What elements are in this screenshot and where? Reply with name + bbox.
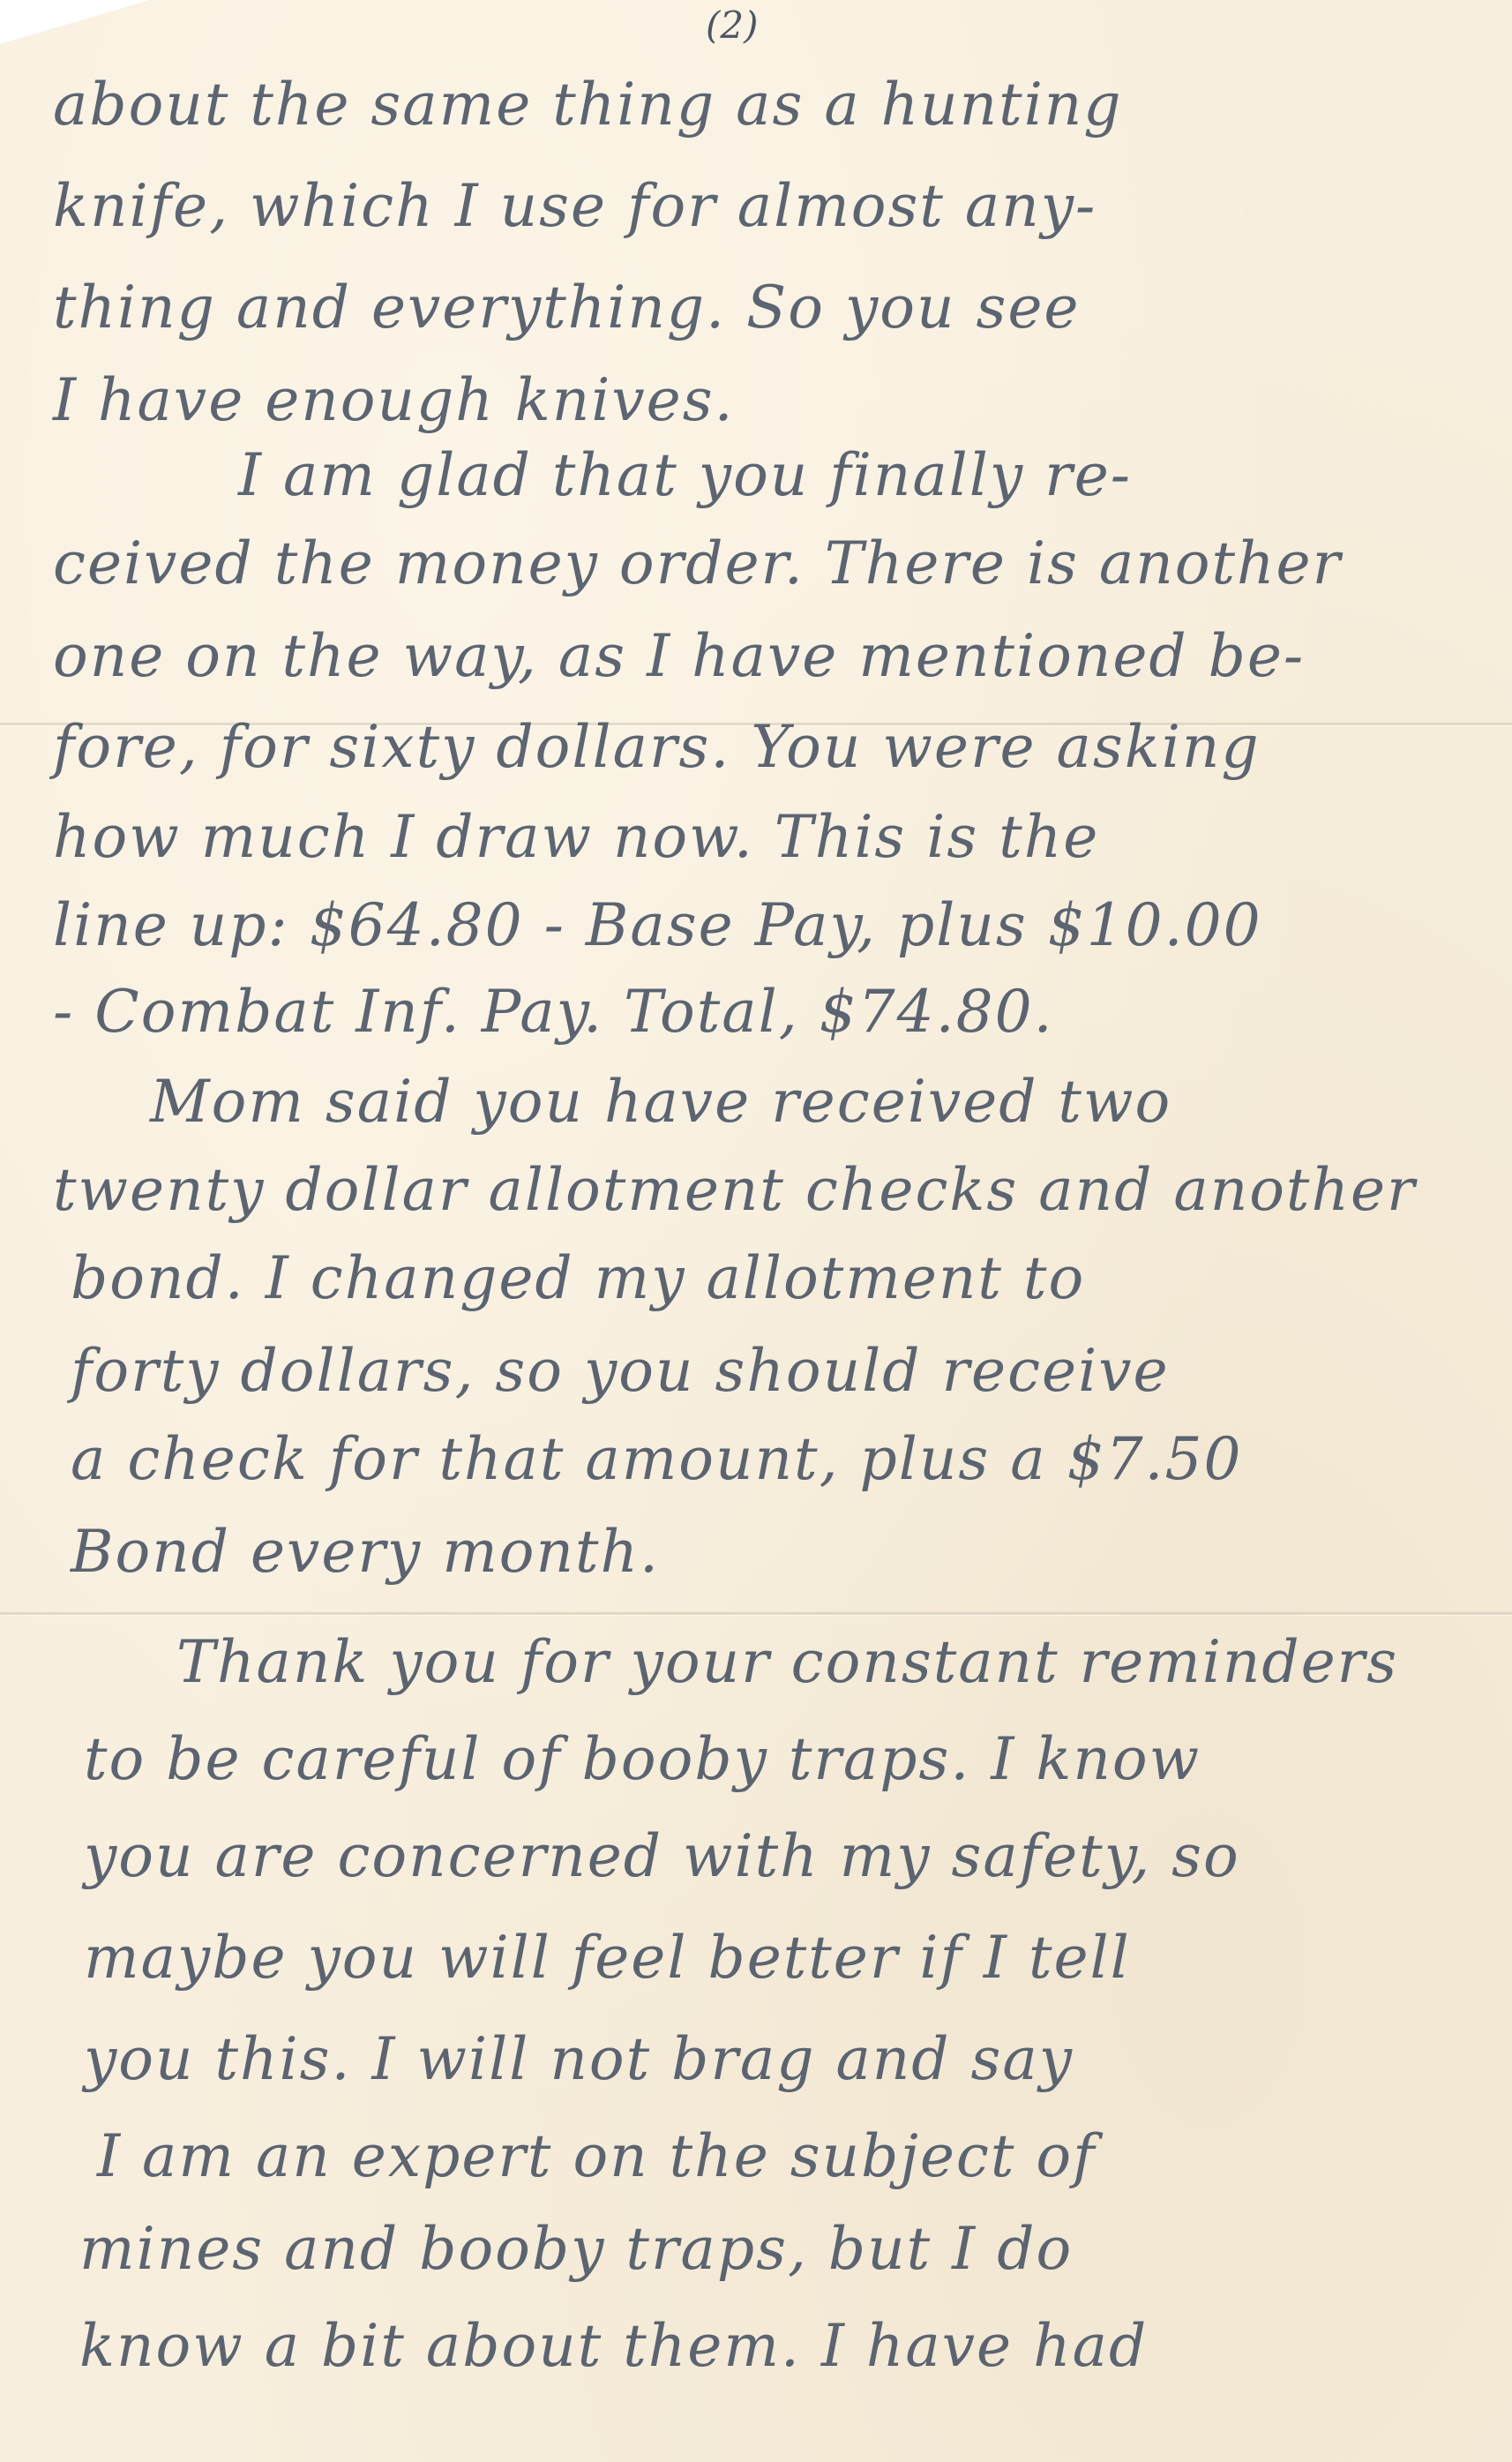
handwritten-line: how much I draw now. This is the — [53, 803, 1099, 871]
handwritten-line: you are concerned with my safety, so — [84, 1822, 1240, 1890]
handwritten-line: one on the way, as I have mentioned be- — [53, 622, 1305, 690]
handwritten-line: know a bit about them. I have had — [79, 2312, 1148, 2380]
handwritten-line: Thank you for your constant reminders — [176, 1628, 1398, 1696]
handwritten-line: thing and everything. So you see — [53, 274, 1080, 342]
handwritten-line: twenty dollar allotment checks and anoth… — [53, 1156, 1417, 1224]
handwritten-line: mines and booby traps, but I do — [79, 2215, 1073, 2283]
handwritten-line: ceived the money order. There is another — [53, 529, 1342, 597]
handwritten-line: Mom said you have received two — [150, 1068, 1171, 1136]
handwritten-line: you this. I will not brag and say — [84, 2025, 1074, 2093]
handwritten-line: forty dollars, so you should receive — [71, 1337, 1170, 1405]
handwritten-line: a check for that amount, plus a $7.50 — [71, 1425, 1243, 1493]
handwritten-line: - Combat Inf. Pay. Total, $74.80. — [53, 978, 1054, 1046]
handwritten-line: I am glad that you finally re- — [238, 441, 1132, 509]
letter-page: (2) about the same thing as a hunting kn… — [0, 0, 1512, 2462]
handwritten-line: maybe you will feel better if I tell — [84, 1924, 1131, 1992]
handwritten-line: fore, for sixty dollars. You were asking — [53, 713, 1261, 781]
handwritten-line: Bond every month. — [71, 1518, 660, 1586]
handwritten-line: line up: $64.80 - Base Pay, plus $10.00 — [53, 891, 1262, 959]
page-number: (2) — [706, 4, 759, 47]
handwritten-line: bond. I changed my allotment to — [71, 1244, 1085, 1312]
handwritten-line: I have enough knives. — [53, 366, 735, 434]
handwritten-line: to be careful of booby traps. I know — [84, 1725, 1201, 1793]
handwritten-line: I am an expert on the subject of — [97, 2122, 1097, 2190]
handwritten-line: about the same thing as a hunting — [53, 71, 1123, 139]
paper-fold-line — [0, 1611, 1512, 1617]
handwritten-line: knife, which I use for almost any- — [53, 172, 1097, 240]
